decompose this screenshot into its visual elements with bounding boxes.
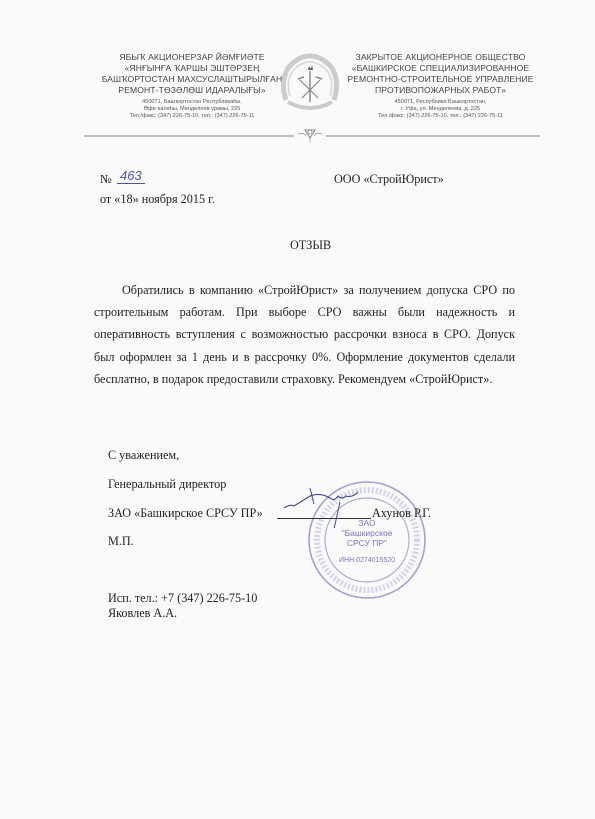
org-line: БАШҠОРТОСТАН МАХСУСЛАШТЫРЫЛҒАН (92, 74, 292, 85)
number-label: № (100, 172, 112, 187)
letterhead-divider-right (326, 135, 540, 137)
letter-body: Обратились в компанию «СтройЮрист» за по… (94, 279, 515, 390)
signer-position: Генеральный директор (108, 477, 226, 492)
address-russian: 450071, Республика Башкортостан, г. Уфа,… (338, 99, 543, 121)
signature-icon (280, 478, 380, 528)
address-line: г. Уфа, ул. Менделеева, д. 225 (338, 106, 543, 113)
executor-phone: Исп. тел.: +7 (347) 226-75-10 (108, 591, 257, 606)
org-line: «БАШКИРСКОЕ СПЕЦИАЛИЗИРОВАННОЕ (338, 63, 543, 74)
address-line: Тел./факс: (347) 226-75-10, тел.: (347) … (338, 113, 543, 120)
org-name-bashkir: ЯБЫҠ АКЦИОНЕРЗАР ЙӘМҒИӘТЕ «ЯНҒЫНҒА ҠАРШЫ… (92, 52, 292, 96)
org-line: «ЯНҒЫНҒА ҠАРШЫ ЭШТӘРЗЕҢ (92, 63, 292, 74)
signer-name: Ахунов Р.Г. (372, 506, 431, 521)
address-line: Тел./факс: (347) 226-75-10, тел.: (347) … (92, 113, 292, 120)
seal-mark: М.П. (108, 534, 134, 549)
ornament-icon (296, 126, 324, 144)
letterhead-bashkir: ЯБЫҠ АКЦИОНЕРЗАР ЙӘМҒИӘТЕ «ЯНҒЫНҒА ҠАРШЫ… (92, 52, 292, 121)
org-name-russian: ЗАКРЫТОЕ АКЦИОНЕРНОЕ ОБЩЕСТВО «БАШКИРСКО… (338, 52, 543, 96)
address-bashkir: 450071, Башҡортостан Республикаһы, Өфө ҡ… (92, 99, 292, 121)
stamp-line: СРСУ ПР" (305, 538, 429, 548)
letterhead-divider-left (84, 135, 294, 137)
company-emblem-icon (278, 52, 342, 122)
stamp-line: "Башкирское (305, 528, 429, 538)
executor-name: Яковлев А.А. (108, 606, 177, 621)
letter-number: 463 (117, 168, 145, 184)
closing: С уважением, (108, 448, 179, 463)
org-line: ЗАКРЫТОЕ АКЦИОНЕРНОЕ ОБЩЕСТВО (338, 52, 543, 63)
document-title: ОТЗЫВ (290, 238, 331, 253)
letter-date: от «18» ноября 2015 г. (100, 192, 215, 207)
letterhead-russian: ЗАКРЫТОЕ АКЦИОНЕРНОЕ ОБЩЕСТВО «БАШКИРСКО… (338, 52, 543, 121)
address-line: 450071, Республика Башкортостан, (338, 99, 543, 106)
org-line: ЯБЫҠ АКЦИОНЕРЗАР ЙӘМҒИӘТЕ (92, 52, 292, 63)
signer-company: ЗАО «Башкирское СРСУ ПР» (108, 506, 263, 521)
recipient: ООО «СтройЮрист» (334, 172, 444, 187)
stamp-inn: ИНН 0274015520 (305, 556, 429, 566)
org-line: ПРОТИВОПОЖАРНЫХ РАБОТ» (338, 85, 543, 96)
org-line: РЕМОНТ-ТӨЗӘЛӨШ ИДАРАЛЫҒЫ» (92, 85, 292, 96)
org-line: РЕМОНТНО-СТРОИТЕЛЬНОЕ УПРАВЛЕНИЕ (338, 74, 543, 85)
address-line: Өфө ҡалаһы, Менделеев урамы, 225 (92, 106, 292, 113)
address-line: 450071, Башҡортостан Республикаһы, (92, 99, 292, 106)
